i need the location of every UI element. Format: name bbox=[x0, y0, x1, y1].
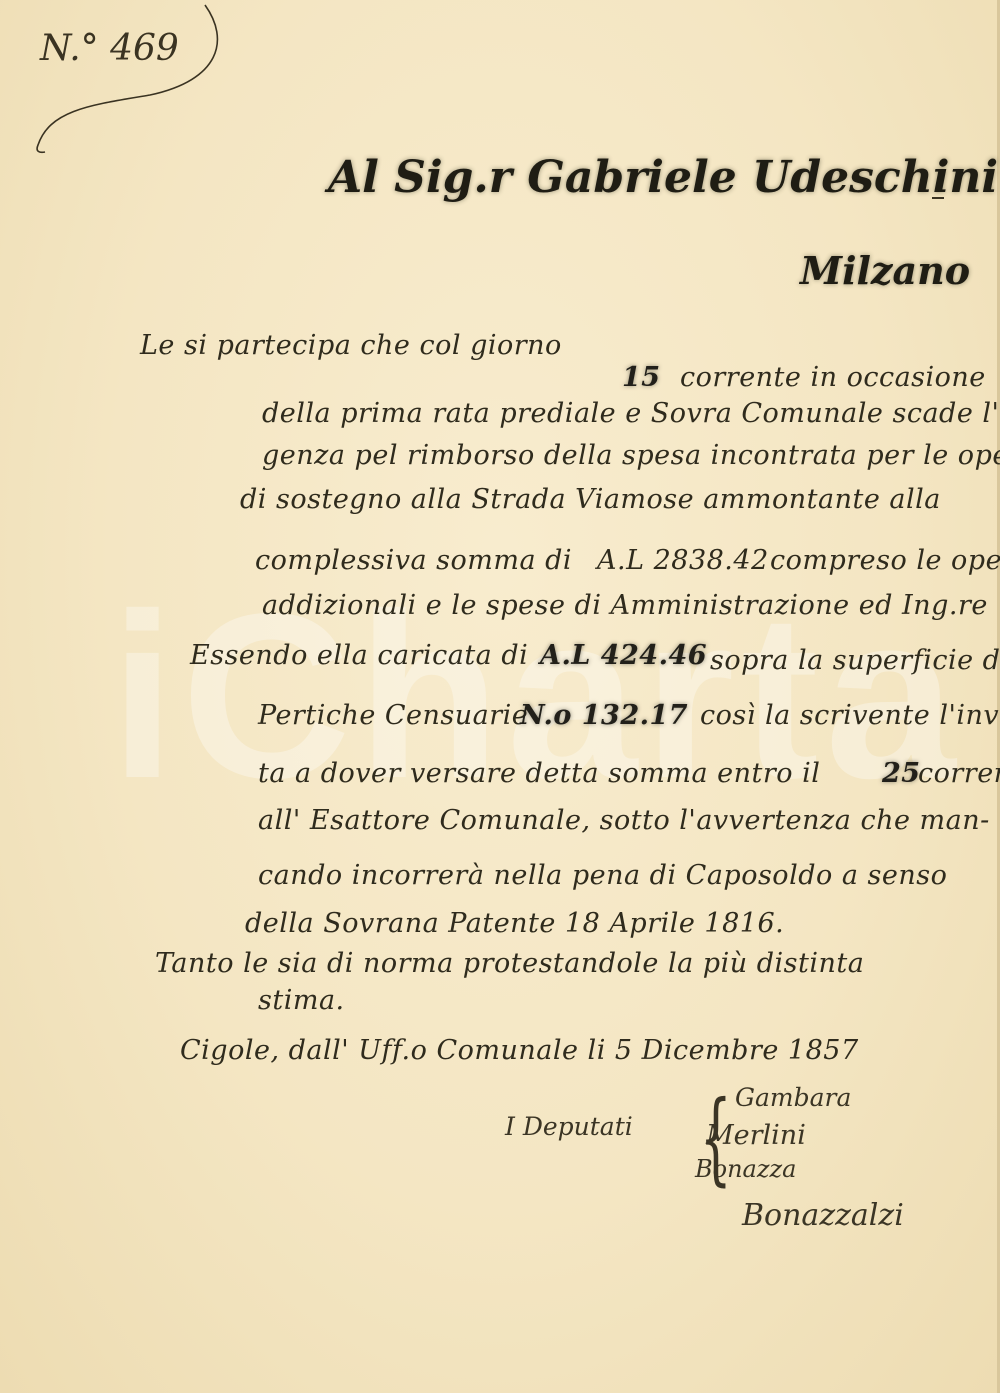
body-line-1: Le si partecipa che col giorno bbox=[140, 330, 562, 361]
body-line-8: Pertiche Censuarie bbox=[258, 700, 528, 731]
body-line-6: addizionali e le spese di Amministrazion… bbox=[262, 590, 988, 621]
addressee: Al Sig.r Gabriele Udeschini bbox=[328, 152, 998, 203]
addressee-place: Milzano bbox=[800, 248, 970, 293]
reference-number: N.° 469 bbox=[40, 28, 179, 69]
body-line-7b: sopra la superficie di bbox=[710, 645, 1000, 676]
body-line-9: ta a dover versare detta somma entro il bbox=[258, 758, 820, 789]
body-assigned-share: A.L 424.46 bbox=[540, 640, 707, 671]
body-line-10: all' Esattore Comunale, sotto l'avverten… bbox=[258, 805, 990, 836]
body-total-sum: A.L 2838.42 bbox=[597, 545, 769, 576]
body-line-13: Tanto le sia di norma protestandole la p… bbox=[155, 948, 864, 979]
deputies-label: I Deputati bbox=[505, 1112, 633, 1141]
dash-mark bbox=[932, 197, 944, 199]
signature-merlini: Merlini bbox=[706, 1120, 806, 1151]
signature-gambara: Gambara bbox=[735, 1083, 851, 1112]
body-line-12: della Sovrana Patente 18 Aprile 1816. bbox=[245, 908, 784, 939]
body-line-14: stima. bbox=[258, 985, 345, 1016]
body-line-4: di sostegno alla Strada Viamose ammontan… bbox=[240, 484, 941, 515]
body-line-3: genza pel rimborso della spesa incontrat… bbox=[262, 440, 1000, 471]
body-line-5: complessiva somma di bbox=[255, 545, 572, 576]
body-surface: N.o 132.17 bbox=[520, 700, 688, 731]
signature-secretary: Bonazzalzi bbox=[742, 1198, 904, 1233]
place-date: Cigole, dall' Uff.o Comunale li 5 Dicemb… bbox=[180, 1035, 859, 1066]
body-line-5b: compreso le opere bbox=[770, 545, 1000, 576]
body-line-1b: corrente in occasione bbox=[680, 362, 986, 393]
body-due-day: 25 bbox=[882, 758, 921, 789]
body-line-9b: corrente bbox=[918, 758, 1000, 789]
signature-bonazza: Bonazza bbox=[695, 1155, 796, 1183]
body-day-15: 15 bbox=[622, 362, 661, 393]
body-line-8b: così la scrivente l'invi- bbox=[700, 700, 1000, 731]
body-line-11: cando incorrerà nella pena di Caposoldo … bbox=[258, 860, 947, 891]
document-sheet: iCharta N.° 469 Al Sig.r Gabriele Udesch… bbox=[0, 0, 1000, 1393]
flourish-icon bbox=[30, 0, 230, 160]
body-line-7: Essendo ella caricata di bbox=[190, 640, 528, 671]
body-line-2: della prima rata prediale e Sovra Comuna… bbox=[262, 398, 1000, 429]
